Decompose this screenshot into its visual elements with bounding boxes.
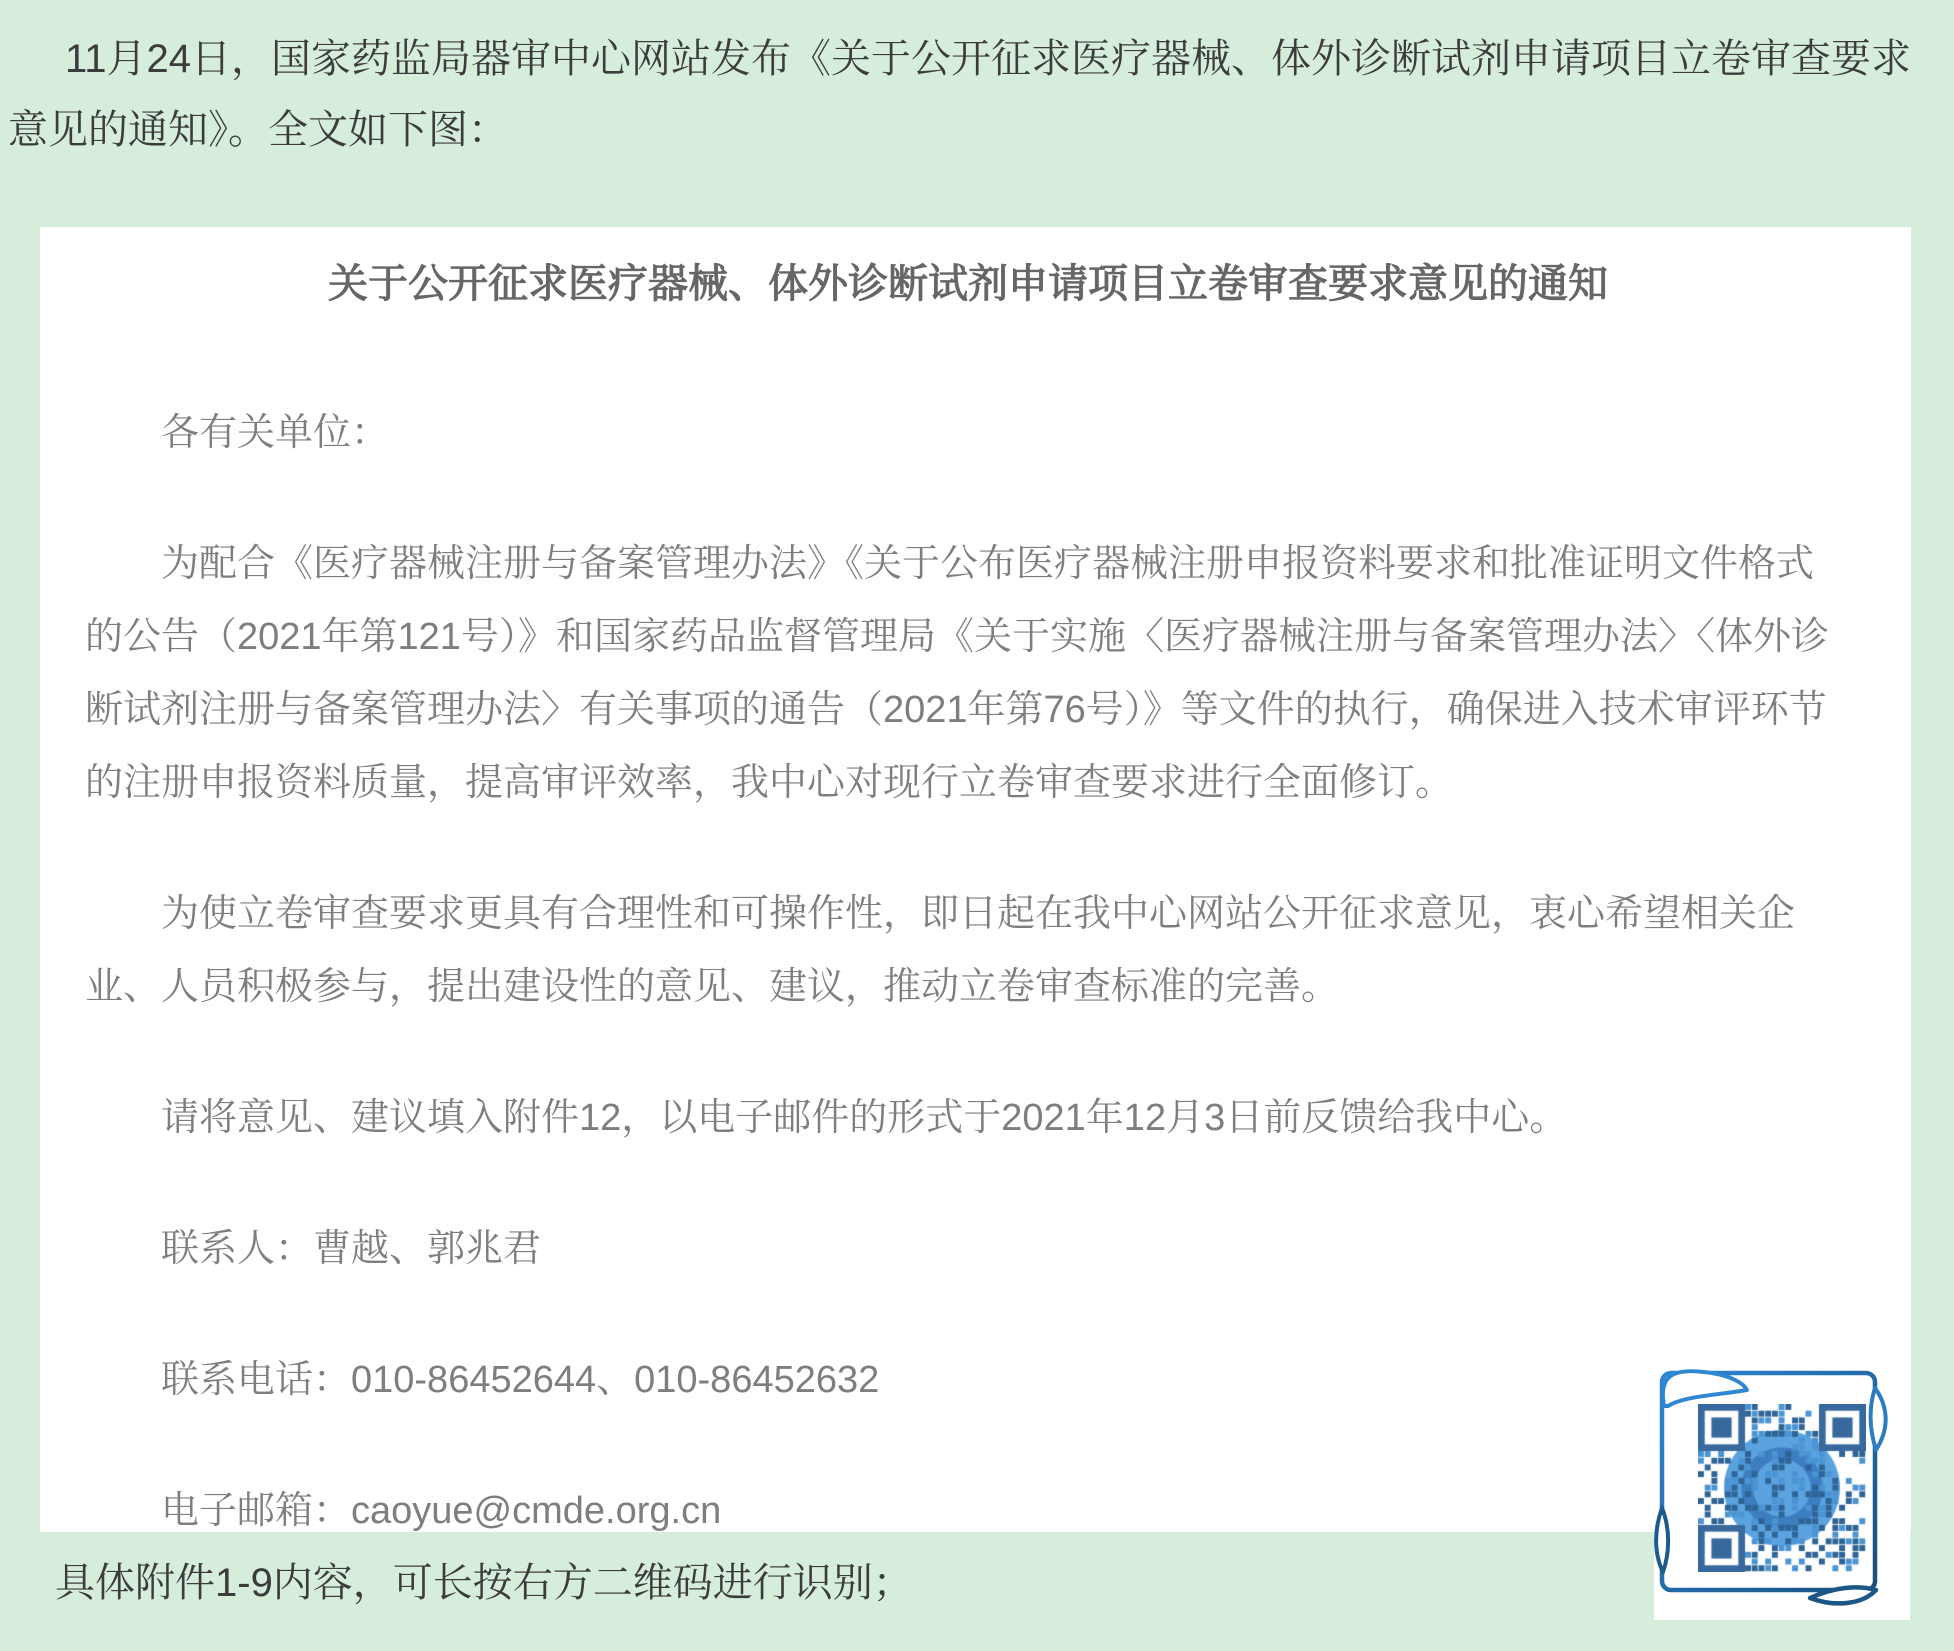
article-page: { "page": { "intro": "11月24日，国家药监局器审中心网站… <box>0 0 1954 1651</box>
qr-modules <box>1698 1404 1866 1572</box>
intro-paragraph: 11月24日，国家药监局器审中心网站发布《关于公开征求医疗器械、体外诊断试剂申请… <box>8 24 1946 166</box>
qr-corner-curl-bottom-left <box>1656 1508 1668 1572</box>
notice-salutation: 各有关单位： <box>85 397 1851 470</box>
contact-email-line: 电子邮箱：caoyue@cmde.org.cn <box>85 1475 1851 1548</box>
qr-corner-curl-top-left <box>1663 1371 1747 1406</box>
contact-person-line: 联系人：曹越、郭兆君 <box>85 1213 1851 1286</box>
contact-phone-line: 联系电话：010-86452644、010-86452632 <box>85 1344 1851 1417</box>
attachment-note: 具体附件1-9内容，可长按右方二维码进行识别； <box>55 1548 913 1618</box>
notice-paragraph-1: 为配合《医疗器械注册与备案管理办法》《关于公布医疗器械注册申报资料要求和批准证明… <box>85 528 1851 820</box>
notice-title: 关于公开征求医疗器械、体外诊断试剂申请项目立卷审查要求意见的通知 <box>85 261 1851 307</box>
qr-corner-curl-top-right <box>1871 1388 1886 1450</box>
notice-paragraph-2: 为使立卷审查要求更具有合理性和可操作性，即日起在我中心网站公开征求意见，衷心希望… <box>85 878 1851 1024</box>
notice-document: 关于公开征求医疗器械、体外诊断试剂申请项目立卷审查要求意见的通知 各有关单位： … <box>40 227 1911 1532</box>
notice-paragraph-3: 请将意见、建议填入附件12，以电子邮件的形式于2021年12月3日前反馈给我中心… <box>85 1082 1851 1155</box>
qr-code[interactable] <box>1654 1362 1910 1620</box>
